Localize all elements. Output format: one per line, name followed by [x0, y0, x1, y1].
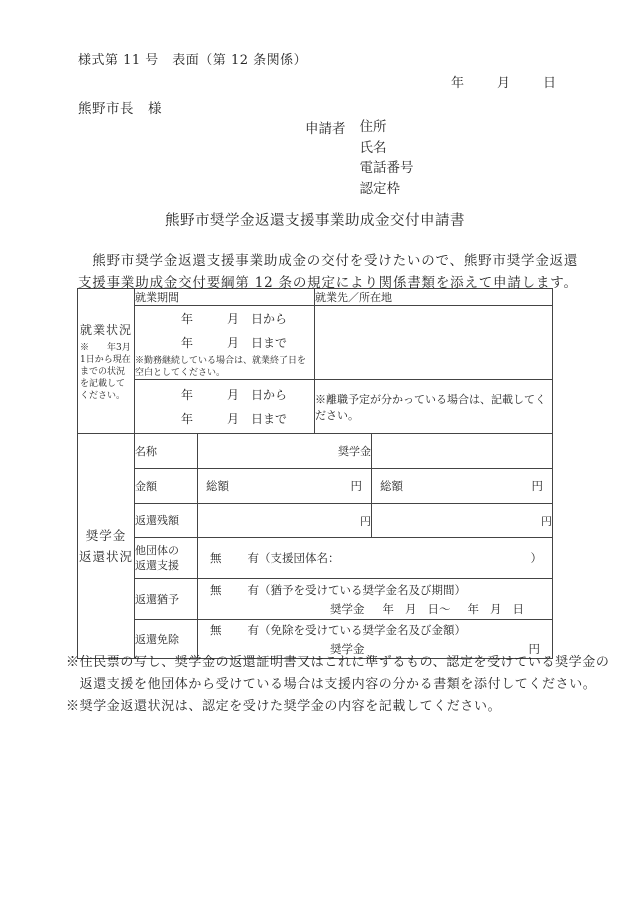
employment-section-label: 就業状況 — [78, 321, 134, 338]
applicant-category-label: 認定枠 — [360, 179, 414, 200]
applicant-label: 申請者 — [305, 117, 346, 199]
amount-cell-2: 総額 円 — [372, 469, 553, 504]
scholarship-name-blank-cell — [372, 434, 553, 469]
date-year-label: 年 — [451, 76, 464, 91]
employment-section-note: ※ 年3月1日から現在までの状況を記載してください。 — [78, 342, 134, 402]
date-day-label: 日 — [543, 76, 556, 91]
deferment-row: 返還猶予 無 有（猶予を受けている奨学金名及び期間） 奨学金 年 月 日～ 年 … — [78, 579, 553, 620]
month-label: 月 — [405, 601, 417, 617]
month-label: 月 — [227, 310, 239, 327]
year-label: 年 — [181, 334, 193, 351]
scholarship-label: 奨学金 — [330, 601, 365, 617]
day-label: 日 — [513, 601, 525, 617]
workplace-blank-cell-2: ※離職予定が分かっている場合は、記載してください。 — [315, 380, 553, 434]
amount-row: 金額 総額 円 総額 円 — [78, 469, 553, 504]
period-from-line: 年 月 日から — [135, 383, 314, 407]
deferment-label-cell: 返還猶予 — [135, 579, 198, 620]
other-org-label-line2: 返還支援 — [135, 558, 197, 573]
document-title: 熊野市奨学金返還支援事業助成金交付申請書 — [0, 209, 630, 230]
year-label: 年 — [181, 410, 193, 427]
applicant-name-label: 氏名 — [360, 138, 414, 159]
workplace-blank-cell-1 — [315, 306, 553, 380]
date-line: 年月日 — [451, 72, 556, 91]
yes-exemption-option: 有（免除を受けている奨学金名及び金額） — [248, 622, 467, 638]
month-label: 月 — [490, 601, 502, 617]
footnote-line3: ※奨学金返還状況は、認定を受けた奨学金の内容を記載してください。 — [66, 696, 609, 718]
yen-label: 円 — [532, 478, 544, 494]
employment-row-2: 年 月 日から 年 月 日まで ※離職予定が分かっている場合は、記載してください… — [78, 380, 553, 434]
day-to-label: 日まで — [251, 334, 287, 351]
applicant-fields: 住所 氏名 電話番号 認定枠 — [360, 117, 414, 199]
no-option: 無 — [210, 622, 222, 638]
day-tilde-label: 日～ — [428, 601, 451, 617]
year-label: 年 — [181, 386, 193, 403]
scholarship-name-row: 奨学金 返還状況 名称 奨学金 — [78, 434, 553, 469]
day-from-label: 日から — [251, 386, 287, 403]
applicant-block: 申請者 住所 氏名 電話番号 認定枠 — [305, 117, 414, 199]
name-label-cell: 名称 — [135, 434, 198, 469]
other-org-label-line1: 他団体の — [135, 543, 197, 558]
applicant-phone-label: 電話番号 — [360, 158, 414, 179]
other-org-support-cell: 無 有（支援団体名： ） — [198, 538, 553, 579]
year-label: 年 — [383, 601, 395, 617]
total-label: 総額 — [206, 478, 229, 494]
balance-label-cell: 返還残額 — [135, 504, 198, 538]
employment-header-row: 就業状況 ※ 年3月1日から現在までの状況を記載してください。 就業期間 就業先… — [78, 289, 553, 306]
employment-row-1: 年 月 日から 年 月 日まで ※勤務継続している場合は、就業終了日を空白として… — [78, 306, 553, 380]
other-org-support-row: 他団体の 返還支援 無 有（支援団体名： ） — [78, 538, 553, 579]
no-option: 無 — [210, 582, 222, 598]
date-month-label: 月 — [497, 76, 510, 91]
repayment-label-line1: 奨学金 — [78, 525, 134, 546]
balance-cell-1: 円 — [198, 504, 372, 538]
repayment-section-label-cell: 奨学金 返還状況 — [78, 434, 135, 659]
addressee: 熊野市長 様 — [78, 97, 162, 117]
month-label: 月 — [227, 410, 239, 427]
form-number: 様式第 11 号 表面（第 12 条関係） — [78, 49, 307, 68]
employment-period-cell-2: 年 月 日から 年 月 日まで — [135, 380, 315, 434]
day-to-label: 日まで — [251, 410, 287, 427]
amount-cell-1: 総額 円 — [198, 469, 372, 504]
close-paren: ） — [531, 550, 543, 566]
footnote-line2: 返還支援を他団体から受けている場合は支援内容の分かる書類を添付してください。 — [66, 674, 609, 696]
resignation-note: ※離職予定が分かっている場合は、記載してください。 — [315, 391, 552, 423]
amount-label-cell: 金額 — [135, 469, 198, 504]
total-label: 総額 — [380, 478, 403, 494]
day-from-label: 日から — [251, 310, 287, 327]
footnotes: ※住民票の写し、奨学金の返還証明書又はこれに準ずるもの、認定を受けている奨学金の… — [66, 652, 609, 718]
application-table: 就業状況 ※ 年3月1日から現在までの状況を記載してください。 就業期間 就業先… — [77, 288, 553, 659]
period-to-line: 年 月 日まで — [135, 330, 314, 354]
year-label: 年 — [468, 601, 480, 617]
scholarship-name-cell: 奨学金 — [198, 434, 372, 469]
employment-period-cell-1: 年 月 日から 年 月 日まで ※勤務継続している場合は、就業終了日を空白として… — [135, 306, 315, 380]
workplace-header-cell: 就業先／所在地 — [315, 289, 553, 306]
employment-section-label-cell: 就業状況 ※ 年3月1日から現在までの状況を記載してください。 — [78, 289, 135, 434]
yes-deferment-option: 有（猶予を受けている奨学金名及び期間） — [248, 582, 467, 598]
year-label: 年 — [181, 310, 193, 327]
month-label: 月 — [227, 334, 239, 351]
yen-label: 円 — [351, 478, 363, 494]
yes-support-option: 有（支援団体名： — [248, 550, 340, 566]
month-label: 月 — [227, 386, 239, 403]
balance-row: 返還残額 円 円 — [78, 504, 553, 538]
period-from-line: 年 月 日から — [135, 306, 314, 330]
applicant-address-label: 住所 — [360, 117, 414, 138]
footnote-line1: ※住民票の写し、奨学金の返還証明書又はこれに準ずるもの、認定を受けている奨学金の — [66, 652, 609, 674]
no-option: 無 — [210, 550, 222, 566]
body-paragraph-line1: 熊野市奨学金返還支援事業助成金の交付を受けたいので、熊野市奨学金返還 — [78, 249, 578, 269]
repayment-label-line2: 返還状況 — [78, 546, 134, 567]
form-page: 様式第 11 号 表面（第 12 条関係） 年月日 熊野市長 様 申請者 住所 … — [0, 0, 630, 903]
continuing-employment-note: ※勤務継続している場合は、就業終了日を空白としてください。 — [135, 356, 314, 379]
balance-cell-2: 円 — [372, 504, 553, 538]
period-header-cell: 就業期間 — [135, 289, 315, 306]
other-org-label-cell: 他団体の 返還支援 — [135, 538, 198, 579]
deferment-cell: 無 有（猶予を受けている奨学金名及び期間） 奨学金 年 月 日～ 年 月 日 — [198, 579, 553, 620]
period-to-line: 年 月 日まで — [135, 407, 314, 431]
